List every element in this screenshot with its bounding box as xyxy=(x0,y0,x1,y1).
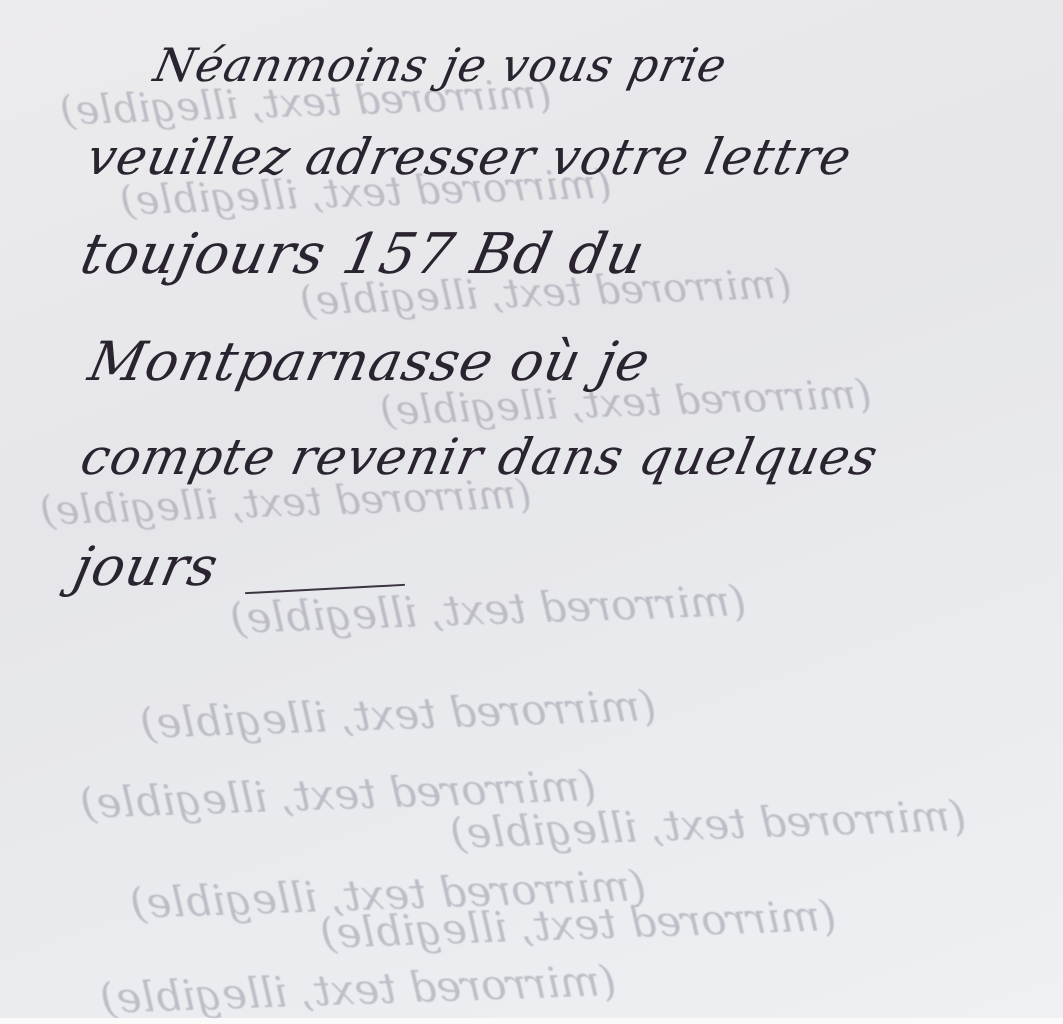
letter-line-5: compte revenir dans quelques xyxy=(76,428,884,486)
bleed-through-line: (mirrored text, illegible) xyxy=(99,956,617,1023)
letter-line-1: Néanmoins je vous prie xyxy=(149,38,732,92)
letter-page: (mirrored text, illegible) (mirrored tex… xyxy=(0,0,1063,1024)
bleed-through-line: (mirrored text, illegible) xyxy=(229,576,747,643)
page-edge xyxy=(0,1018,1063,1024)
bleed-through-line: (mirrored text, illegible) xyxy=(139,681,657,748)
letter-line-2: veuillez adresser votre lettre xyxy=(82,128,857,186)
letter-line-3: toujours 157 Bd du xyxy=(75,222,651,287)
letter-line-4: Montparnasse où je xyxy=(83,330,656,393)
letter-line-6: jours xyxy=(68,535,224,598)
